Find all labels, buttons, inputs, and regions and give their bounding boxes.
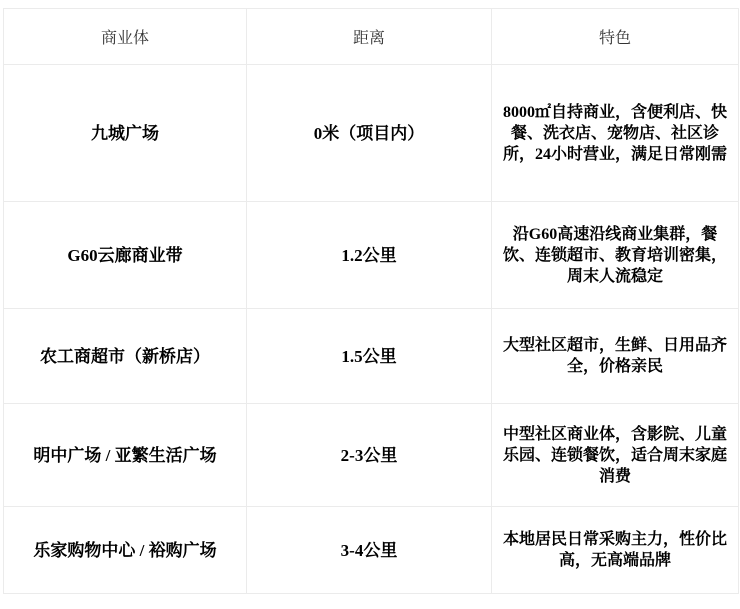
table-row: 九城广场 0米（项目内） 8000㎡自持商业，含便利店、快餐、洗衣店、宠物店、社… bbox=[4, 65, 739, 202]
header-row: 商业体 距离 特色 bbox=[4, 9, 739, 65]
features-text: 8000㎡自持商业，含便利店、快餐、洗衣店、宠物店、社区诊所，24小时营业，满足… bbox=[492, 65, 739, 202]
distance-value: 1.5公里 bbox=[247, 309, 492, 404]
table-body: 九城广场 0米（项目内） 8000㎡自持商业，含便利店、快餐、洗衣店、宠物店、社… bbox=[4, 65, 739, 594]
column-header-distance: 距离 bbox=[247, 9, 492, 65]
table-row: 乐家购物中心 / 裕购广场 3-4公里 本地居民日常采购主力，性价比高，无高端品… bbox=[4, 507, 739, 594]
column-header-business: 商业体 bbox=[4, 9, 247, 65]
distance-value: 2-3公里 bbox=[247, 404, 492, 507]
table-row: 明中广场 / 亚繁生活广场 2-3公里 中型社区商业体，含影院、儿童乐园、连锁餐… bbox=[4, 404, 739, 507]
table-row: G60云廊商业带 1.2公里 沿G60高速沿线商业集群，餐饮、连锁超市、教育培训… bbox=[4, 202, 739, 309]
features-text: 本地居民日常采购主力，性价比高，无高端品牌 bbox=[492, 507, 739, 594]
features-text: 中型社区商业体，含影院、儿童乐园、连锁餐饮，适合周末家庭消费 bbox=[492, 404, 739, 507]
distance-value: 1.2公里 bbox=[247, 202, 492, 309]
business-name: 九城广场 bbox=[4, 65, 247, 202]
commercial-amenity-table: 商业体 距离 特色 九城广场 0米（项目内） 8000㎡自持商业，含便利店、快餐… bbox=[3, 8, 739, 594]
business-name: G60云廊商业带 bbox=[4, 202, 247, 309]
business-name: 乐家购物中心 / 裕购广场 bbox=[4, 507, 247, 594]
features-text: 大型社区超市，生鲜、日用品齐全，价格亲民 bbox=[492, 309, 739, 404]
distance-value: 0米（项目内） bbox=[247, 65, 492, 202]
amenity-table-container: 商业体 距离 特色 九城广场 0米（项目内） 8000㎡自持商业，含便利店、快餐… bbox=[0, 0, 740, 594]
distance-value: 3-4公里 bbox=[247, 507, 492, 594]
features-text: 沿G60高速沿线商业集群，餐饮、连锁超市、教育培训密集，周末人流稳定 bbox=[492, 202, 739, 309]
table-row: 农工商超市（新桥店） 1.5公里 大型社区超市，生鲜、日用品齐全，价格亲民 bbox=[4, 309, 739, 404]
business-name: 农工商超市（新桥店） bbox=[4, 309, 247, 404]
column-header-features: 特色 bbox=[492, 9, 739, 65]
table-header: 商业体 距离 特色 bbox=[4, 9, 739, 65]
business-name: 明中广场 / 亚繁生活广场 bbox=[4, 404, 247, 507]
